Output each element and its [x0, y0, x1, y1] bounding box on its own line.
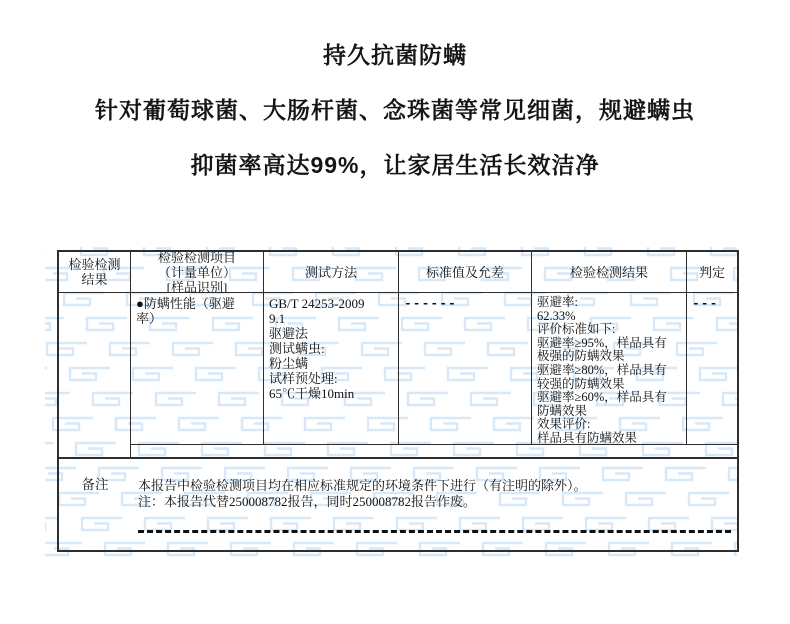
- spacer-row: [131, 445, 737, 457]
- notes-label: 备注: [59, 457, 131, 550]
- cell-test-item: ●防螨性能（驱避 率）: [131, 293, 264, 445]
- cell-test-method: GB/T 24253-2009 9.1 驱避法 测试螨虫: 粉尘螨 试样预处理:…: [264, 293, 399, 445]
- cell-verdict: ---: [687, 293, 737, 445]
- cell-standard-value: ------: [399, 293, 532, 445]
- heading-block: 持久抗菌防螨 针对葡萄球菌、大肠杆菌、念珠菌等常见细菌，规避螨虫 抑菌率高达99…: [0, 28, 790, 193]
- watermark-glyph: [45, 441, 54, 457]
- cell-result-group-empty: [59, 293, 131, 457]
- cell-test-result: 驱避率: 62.33% 评价标准如下: 驱避率≥95%，样品具有 极强的防螨效果…: [532, 293, 687, 445]
- inspection-report-table: 检验检测 结果 检验检测项目 （计量单位） [样品识别] 测试方法 标准值及允差…: [57, 250, 739, 552]
- header-verdict: 判定: [687, 252, 737, 293]
- heading-subtitle-2: 抑菌率高达99%，让家居生活长效洁净: [0, 138, 790, 193]
- header-inspection-result-group: 检验检测 结果: [59, 252, 131, 293]
- header-test-method: 测试方法: [264, 252, 399, 293]
- watermark-glyph: [45, 366, 48, 382]
- notes-dashed-divider: [138, 530, 731, 533]
- heading-subtitle-1: 针对葡萄球菌、大肠杆菌、念珠菌等常见细菌，规避螨虫: [0, 83, 790, 138]
- notes-paragraph-1: 本报告中检验检测项目均在相应标准规定的环境条件下进行（有注明的除外）。 注：本报…: [138, 478, 731, 510]
- header-test-result: 检验检测结果: [532, 252, 687, 293]
- header-standard-value: 标准值及允差: [399, 252, 532, 293]
- heading-title: 持久抗菌防螨: [0, 28, 790, 83]
- header-test-item: 检验检测项目 （计量单位） [样品识别]: [131, 252, 264, 293]
- notes-content: 本报告中检验检测项目均在相应标准规定的环境条件下进行（有注明的除外）。 注：本报…: [131, 457, 737, 550]
